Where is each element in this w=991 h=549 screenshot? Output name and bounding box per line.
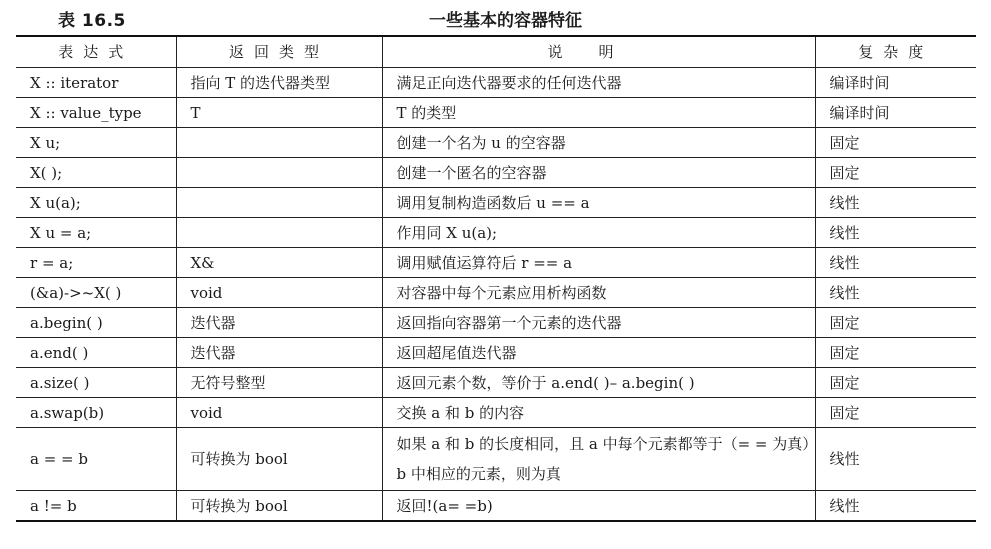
cell-complexity: 线性 bbox=[815, 491, 976, 522]
table-caption: 表 16.5 一些基本的容器特征 bbox=[0, 4, 991, 32]
cell-expression: (&a)->~X( ) bbox=[16, 278, 176, 308]
cell-expression: a != b bbox=[16, 491, 176, 522]
cell-return-type: 迭代器 bbox=[176, 308, 382, 338]
cell-description: 返回元素个数，等价于 a.end( )– a.begin( ) bbox=[382, 368, 815, 398]
cell-return-type: 可转换为 bool bbox=[176, 428, 382, 491]
table-row: X u; 创建一个名为 u 的空容器 固定 bbox=[16, 128, 976, 158]
cell-return-type bbox=[176, 188, 382, 218]
cell-expression: a.begin( ) bbox=[16, 308, 176, 338]
table-row: a.size( ) 无符号整型 返回元素个数，等价于 a.end( )– a.b… bbox=[16, 368, 976, 398]
table-row: a.begin( ) 迭代器 返回指向容器第一个元素的迭代器 固定 bbox=[16, 308, 976, 338]
cell-return-type bbox=[176, 218, 382, 248]
header-description: 说明 bbox=[382, 36, 815, 68]
cell-expression: X :: iterator bbox=[16, 68, 176, 98]
container-features-table: 表达式 返回类型 说明 复杂度 X :: iterator 指向 T 的迭代器类… bbox=[16, 35, 976, 522]
cell-complexity: 线性 bbox=[815, 278, 976, 308]
cell-description: 返回!(a= =b) bbox=[382, 491, 815, 522]
cell-return-type: void bbox=[176, 398, 382, 428]
cell-complexity: 编译时间 bbox=[815, 68, 976, 98]
cell-return-type: 指向 T 的迭代器类型 bbox=[176, 68, 382, 98]
cell-description: 返回指向容器第一个元素的迭代器 bbox=[382, 308, 815, 338]
cell-expression: X u(a); bbox=[16, 188, 176, 218]
table-row: a = = b 可转换为 bool 如果 a 和 b 的长度相同，且 a 中每个… bbox=[16, 428, 976, 491]
cell-return-type bbox=[176, 128, 382, 158]
cell-description: 如果 a 和 b 的长度相同，且 a 中每个元素都等于（= = 为真）b 中相应… bbox=[382, 428, 815, 491]
cell-complexity: 编译时间 bbox=[815, 98, 976, 128]
table-row: X :: iterator 指向 T 的迭代器类型 满足正向迭代器要求的任何迭代… bbox=[16, 68, 976, 98]
cell-expression: X( ); bbox=[16, 158, 176, 188]
cell-description: T 的类型 bbox=[382, 98, 815, 128]
cell-return-type: 迭代器 bbox=[176, 338, 382, 368]
header-complexity: 复杂度 bbox=[815, 36, 976, 68]
cell-expression: r = a; bbox=[16, 248, 176, 278]
cell-return-type: void bbox=[176, 278, 382, 308]
table-row: (&a)->~X( ) void 对容器中每个元素应用析构函数 线性 bbox=[16, 278, 976, 308]
cell-expression: a.size( ) bbox=[16, 368, 176, 398]
table-row: a.swap(b) void 交换 a 和 b 的内容 固定 bbox=[16, 398, 976, 428]
table-row: a != b 可转换为 bool 返回!(a= =b) 线性 bbox=[16, 491, 976, 522]
header-row: 表达式 返回类型 说明 复杂度 bbox=[16, 36, 976, 68]
cell-complexity: 线性 bbox=[815, 248, 976, 278]
table-row: a.end( ) 迭代器 返回超尾值迭代器 固定 bbox=[16, 338, 976, 368]
table-row: X u(a); 调用复制构造函数后 u == a 线性 bbox=[16, 188, 976, 218]
cell-expression: X u = a; bbox=[16, 218, 176, 248]
cell-complexity: 固定 bbox=[815, 368, 976, 398]
cell-expression: X :: value_type bbox=[16, 98, 176, 128]
cell-description: 对容器中每个元素应用析构函数 bbox=[382, 278, 815, 308]
cell-expression: a.swap(b) bbox=[16, 398, 176, 428]
cell-complexity: 固定 bbox=[815, 308, 976, 338]
cell-complexity: 线性 bbox=[815, 188, 976, 218]
cell-description: 满足正向迭代器要求的任何迭代器 bbox=[382, 68, 815, 98]
cell-return-type: 无符号整型 bbox=[176, 368, 382, 398]
cell-description: 创建一个名为 u 的空容器 bbox=[382, 128, 815, 158]
cell-description: 作用同 X u(a); bbox=[382, 218, 815, 248]
cell-complexity: 固定 bbox=[815, 398, 976, 428]
cell-complexity: 固定 bbox=[815, 128, 976, 158]
table-row: r = a; X& 调用赋值运算符后 r == a 线性 bbox=[16, 248, 976, 278]
cell-expression: a = = b bbox=[16, 428, 176, 491]
cell-complexity: 固定 bbox=[815, 158, 976, 188]
cell-return-type: T bbox=[176, 98, 382, 128]
cell-return-type bbox=[176, 158, 382, 188]
cell-description: 返回超尾值迭代器 bbox=[382, 338, 815, 368]
header-expression: 表达式 bbox=[16, 36, 176, 68]
cell-complexity: 线性 bbox=[815, 428, 976, 491]
cell-return-type: X& bbox=[176, 248, 382, 278]
cell-expression: X u; bbox=[16, 128, 176, 158]
table-row: X u = a; 作用同 X u(a); 线性 bbox=[16, 218, 976, 248]
cell-description: 调用赋值运算符后 r == a bbox=[382, 248, 815, 278]
cell-description: 调用复制构造函数后 u == a bbox=[382, 188, 815, 218]
header-return-type: 返回类型 bbox=[176, 36, 382, 68]
cell-complexity: 线性 bbox=[815, 218, 976, 248]
cell-description: 交换 a 和 b 的内容 bbox=[382, 398, 815, 428]
cell-expression: a.end( ) bbox=[16, 338, 176, 368]
table-row: X( ); 创建一个匿名的空容器 固定 bbox=[16, 158, 976, 188]
cell-description: 创建一个匿名的空容器 bbox=[382, 158, 815, 188]
table-title: 一些基本的容器特征 bbox=[0, 6, 991, 31]
table-row: X :: value_type T T 的类型 编译时间 bbox=[16, 98, 976, 128]
cell-complexity: 固定 bbox=[815, 338, 976, 368]
cell-return-type: 可转换为 bool bbox=[176, 491, 382, 522]
